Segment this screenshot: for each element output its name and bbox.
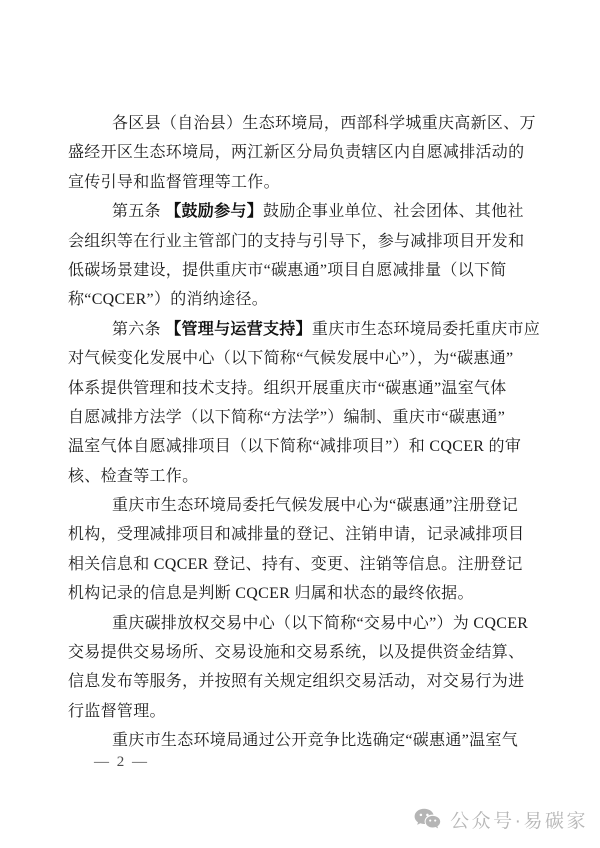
body-text: 低碳场景建设，提供重庆市“碳惠通”项目自愿减排量（以下简 [68, 262, 507, 279]
text-line: 机构，受理减排项目和减排量的登记、注销申请，记录减排项目 [68, 520, 546, 549]
text-line: 行监督管理。 [68, 697, 546, 726]
page-number: — 2 — [94, 754, 149, 771]
body-text: 信息发布等服务，并按照有关规定组织交易活动，对交易行为进 [68, 673, 524, 690]
text-line: 重庆碳排放权交易中心（以下简称“交易中心”）为 CQCER [68, 609, 546, 638]
text-line: 第五条 【鼓励参与】鼓励企事业单位、社会团体、其他社 [68, 197, 546, 226]
body-text: 重庆碳排放权交易中心（以下简称“交易中心”）为 CQCER [112, 615, 528, 632]
text-line: 机构记录的信息是判断 CQCER 归属和状态的最终依据。 [68, 579, 546, 608]
text-line: 自愿减排方法学（以下简称“方法学”）编制、重庆市“碳惠通” [68, 403, 546, 432]
text-line: 信息发布等服务，并按照有关规定组织交易活动，对交易行为进 [68, 667, 546, 696]
document-body: 各区县（自治县）生态环境局，西部科学城重庆高新区、万盛经开区生态环境局，两江新区… [68, 109, 546, 756]
body-text: 温室气体自愿减排项目（以下简称“减排项目”）和 CQCER 的审 [68, 438, 521, 455]
body-text: 重庆市生态环境局委托重庆市应 [312, 321, 540, 338]
text-line: 交易提供交易场所、交易设施和交易系统，以及提供资金结算、 [68, 638, 546, 667]
text-line: 重庆市生态环境局委托气候发展中心为“碳惠通”注册登记 [68, 491, 546, 520]
body-text: 会组织等在行业主管部门的支持与引导下，参与减排项目开发和 [68, 233, 524, 250]
document-page: 各区县（自治县）生态环境局，西部科学城重庆高新区、万盛经开区生态环境局，两江新区… [0, 0, 600, 848]
body-text: 行监督管理。 [68, 703, 166, 720]
text-line: 对气候变化发展中心（以下简称“气候发展中心”），为“碳惠通” [68, 344, 546, 373]
body-text: 体系提供管理和技术支持。组织开展重庆市“碳惠通”温室气体 [68, 380, 507, 397]
body-text: 盛经开区生态环境局，两江新区分局负责辖区内自愿减排活动的 [68, 144, 524, 161]
text-line: 重庆市生态环境局通过公开竞争比选确定“碳惠通”温室气 [68, 726, 546, 755]
article-number: 第六条 [112, 321, 165, 338]
body-text: 鼓励企事业单位、社会团体、其他社 [263, 203, 524, 220]
text-line: 盛经开区生态环境局，两江新区分局负责辖区内自愿减排活动的 [68, 138, 546, 167]
body-text: 对气候变化发展中心（以下简称“气候发展中心”），为“碳惠通” [68, 350, 513, 367]
body-text: 机构记录的信息是判断 CQCER 归属和状态的最终依据。 [68, 585, 474, 602]
text-line: 第六条 【管理与运营支持】重庆市生态环境局委托重庆市应 [68, 315, 546, 344]
text-line: 核、检查等工作。 [68, 462, 546, 491]
article-number: 第五条 [112, 203, 165, 220]
text-line: 低碳场景建设，提供重庆市“碳惠通”项目自愿减排量（以下简 [68, 256, 546, 285]
body-text: 重庆市生态环境局通过公开竞争比选确定“碳惠通”温室气 [112, 732, 518, 749]
body-text: 宣传引导和监督管理等工作。 [68, 174, 280, 191]
body-text: 机构，受理减排项目和减排量的登记、注销申请，记录减排项目 [68, 526, 524, 543]
body-text: 各区县（自治县）生态环境局，西部科学城重庆高新区、万 [112, 115, 536, 132]
text-line: 宣传引导和监督管理等工作。 [68, 168, 546, 197]
body-text: 核、检查等工作。 [68, 468, 198, 485]
watermark: 公众号·易碳家 [414, 806, 588, 833]
body-text: 交易提供交易场所、交易设施和交易系统，以及提供资金结算、 [68, 644, 524, 661]
body-text: 自愿减排方法学（以下简称“方法学”）编制、重庆市“碳惠通” [68, 409, 505, 426]
body-text: 相关信息和 CQCER 登记、持有、变更、注销等信息。注册登记 [68, 556, 523, 573]
article-label: 【鼓励参与】 [165, 203, 263, 220]
text-line: 会组织等在行业主管部门的支持与引导下，参与减排项目开发和 [68, 227, 546, 256]
body-text: 称“CQCER”）的消纳途径。 [68, 291, 268, 308]
text-line: 温室气体自愿减排项目（以下简称“减排项目”）和 CQCER 的审 [68, 432, 546, 461]
text-line: 各区县（自治县）生态环境局，西部科学城重庆高新区、万 [68, 109, 546, 138]
text-line: 称“CQCER”）的消纳途径。 [68, 285, 546, 314]
text-line: 相关信息和 CQCER 登记、持有、变更、注销等信息。注册登记 [68, 550, 546, 579]
wechat-icon [414, 808, 441, 831]
text-line: 体系提供管理和技术支持。组织开展重庆市“碳惠通”温室气体 [68, 374, 546, 403]
watermark-label: 公众号·易碳家 [450, 806, 588, 833]
article-label: 【管理与运营支持】 [165, 321, 312, 338]
body-text: 重庆市生态环境局委托气候发展中心为“碳惠通”注册登记 [112, 497, 518, 514]
